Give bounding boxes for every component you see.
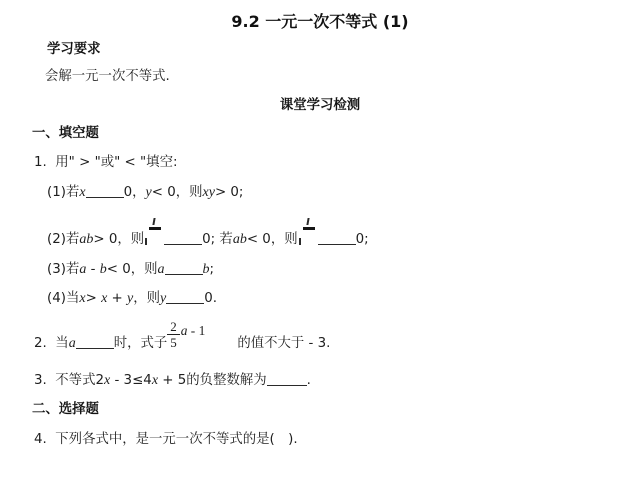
question-1-item-3: (3)若a - b< 0，则ab; [47,258,214,278]
text-segment: 0. [204,291,217,306]
math-variable: b [100,262,107,277]
answer-blank [318,230,356,245]
question-1-item-4: (4)当x> x + y，则y0. [47,287,217,307]
math-variable: xy [203,185,215,200]
question-2: 2. 当a时，式子25a - 1的值不大于 - 3. [34,319,330,352]
math-variable: b [203,262,210,277]
text-segment: + 5的负整数解为 [158,373,267,388]
text-segment: 1. 用" > "或" < "填空: [34,155,177,170]
text-segment: - [86,262,99,277]
answer-blank [86,183,124,198]
math-variable: a [69,336,76,351]
text-segment: 0， [124,185,146,200]
answer-blank [166,289,204,304]
text-segment: < 0，则 [107,262,158,277]
question-4: 4. 下列各式中，是一元一次不等式的是( ). [34,428,298,447]
answer-blank [164,230,202,245]
text-segment: 时，式子 [114,336,168,351]
choice-section-heading: 二、选择题 [32,398,99,417]
fraction-denominator: 5 [167,335,180,351]
text-segment: 的值不大于 - 3. [237,336,330,351]
study-requirements-heading-text: 学习要求 [47,42,101,57]
broken-fraction-icon [299,218,315,246]
class-test-heading: 课堂学习检测 [0,94,640,113]
question-1-stem: 1. 用" > "或" < "填空: [34,151,177,170]
text-segment: - 3≤4 [110,373,152,388]
math-variable: a [158,262,165,277]
answer-blank [267,371,307,386]
text-segment: > 0; [215,185,244,200]
text-segment: . [307,373,311,388]
study-requirements-body: 会解一元一次不等式. [45,65,170,84]
math-variable: ab [233,232,247,247]
answer-blank [76,334,114,349]
fraction-numerator: 2 [167,319,180,335]
text-segment: 3. 不等式2 [34,373,104,388]
question-3: 3. 不等式2x - 3≤4x + 5的负整数解为. [34,369,311,389]
choice-heading-text: 二、选择题 [32,402,99,417]
fill-blanks-section-heading: 一、填空题 [32,122,99,141]
study-requirements-body-text: 会解一元一次不等式. [45,69,170,84]
question-1-item-1: (1)若x0，y< 0，则xy> 0; [47,181,243,201]
text-segment: 0; 若 [202,232,233,247]
text-segment: + [107,291,127,306]
study-requirements-heading: 学习要求 [47,38,101,57]
worksheet-page: 9.2 一元一次不等式 (1) 学习要求 会解一元一次不等式. 课堂学习检测 一… [0,0,640,484]
text-segment: 2. 当 [34,336,69,351]
text-segment: < 0，则 [152,185,203,200]
class-test-heading-text: 课堂学习检测 [280,98,360,113]
fill-blanks-heading-text: 一、填空题 [32,126,99,141]
text-segment: 4. 下列各式中，是一元一次不等式的是( ). [34,432,298,447]
text-segment: (4)当 [47,291,79,306]
page-title-text: 9.2 一元一次不等式 (1) [231,12,408,31]
fraction-two-fifths: 25 [167,319,180,351]
text-segment: (3)若 [47,262,79,277]
text-segment: - 1 [187,323,205,338]
text-segment: (1)若 [47,185,79,200]
question-1-item-2: (2)若ab> 0，则0; 若ab< 0，则0; [47,218,369,248]
text-segment: 0; [356,232,369,247]
text-segment: > [86,291,101,306]
text-segment: ，则 [133,291,160,306]
answer-blank [165,260,203,275]
raised-expression: a - 1 [181,323,206,339]
text-segment: ; [210,262,215,277]
text-segment: (2)若 [47,232,79,247]
text-segment: > 0，则 [93,232,144,247]
broken-fraction-icon [145,218,161,246]
text-segment: < 0，则 [247,232,298,247]
page-title: 9.2 一元一次不等式 (1) [0,9,640,32]
math-variable: ab [79,232,93,247]
